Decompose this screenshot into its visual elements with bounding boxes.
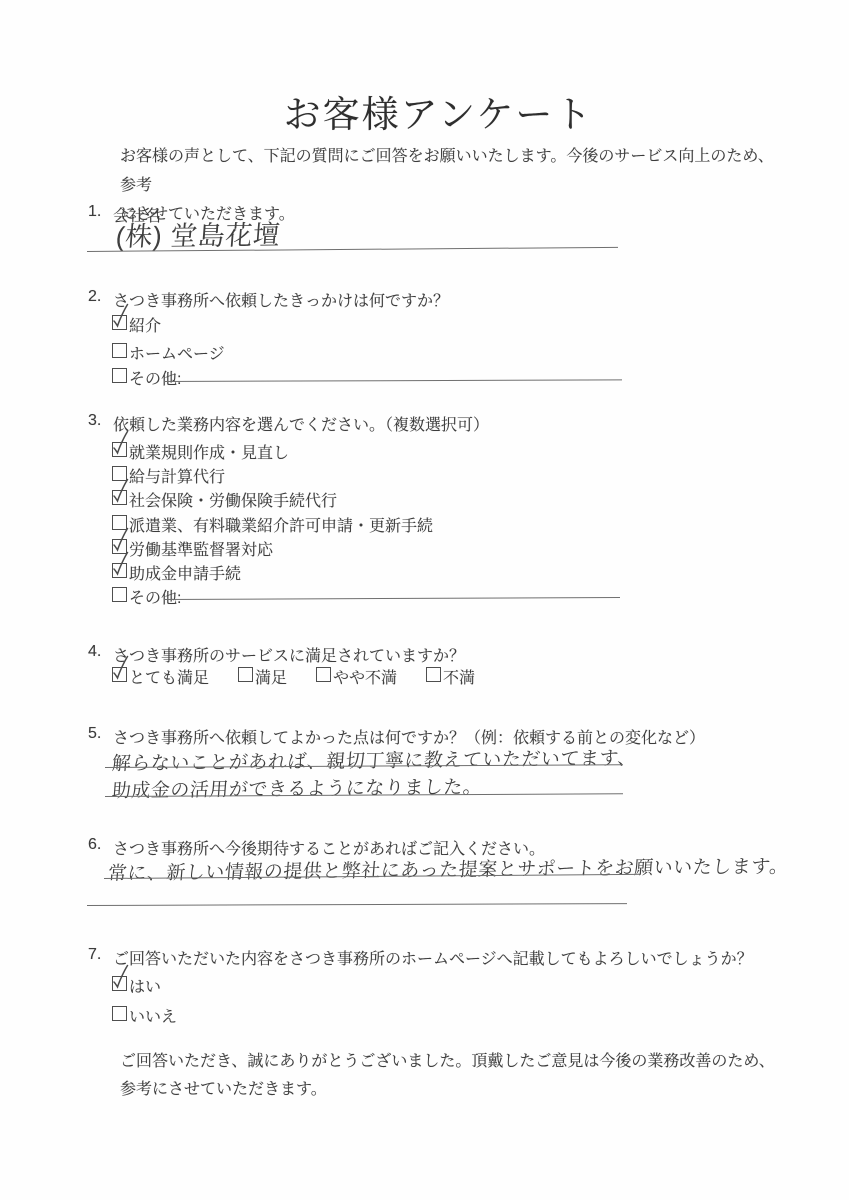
handwritten-check-icon [111, 965, 131, 993]
checkbox-very-satisfied [112, 667, 127, 682]
question-3-heading: 3. 依頼した業務内容を選んでください。（複数選択可） [88, 412, 489, 435]
checkbox-referral [112, 315, 127, 330]
intro-line-1: お客様の声として、下記の質問にご回答をお願いいたします。今後のサービス向上のため… [120, 148, 774, 194]
option-no-label: いいえ [129, 1004, 177, 1027]
option-homepage: ホームページ [112, 341, 225, 364]
q5-handwritten-answer-line-1: 解らないことがあれば、親切丁寧に教えていただいてます、 [111, 743, 638, 776]
option-very-satisfied: とても満足 [112, 665, 209, 688]
question-7-heading: 7. ご回答いただいた内容をさつき事務所のホームページへ記載してもよろしいでしょ… [88, 946, 753, 969]
answer-underline [87, 903, 627, 906]
option-other-q2: その他: [112, 366, 181, 389]
option-labor-standards-label: 労働基準監督署対応 [129, 537, 273, 560]
company-name-handwritten-answer: (株) 堂島花壇 [115, 213, 282, 254]
checkbox-other-q3 [112, 587, 127, 602]
question-7-label: ご回答いただいた内容をさつき事務所のホームページへ記載してもよろしいでしょうか？ [113, 946, 753, 969]
option-social-insurance: 社会保険・労働保険手続代行 [112, 488, 337, 511]
answer-underline [164, 379, 622, 382]
question-4-label: さつき事務所のサービスに満足されていますか？ [113, 643, 465, 666]
question-4-heading: 4. さつき事務所のサービスに満足されていますか？ [88, 643, 465, 666]
answer-underline [164, 597, 620, 600]
question-6-number: 6. [88, 836, 113, 859]
option-social-insurance-label: 社会保険・労働保険手続代行 [129, 488, 337, 511]
option-yes-label: はい [129, 974, 161, 997]
option-somewhat-dissatisfied-label: やや不満 [333, 665, 397, 688]
handwritten-check-icon [111, 552, 131, 580]
q5-handwritten-answer-line-2: 助成金の活用ができるようになりました。 [111, 772, 484, 803]
question-4-number: 4. [88, 643, 113, 666]
option-payroll-label: 給与計算代行 [129, 464, 225, 487]
checkbox-work-rules [112, 442, 127, 457]
closing-text: ご回答いただき、誠にありがとうございました。頂戴したご意見は今後の業務改善のため… [120, 1048, 780, 1104]
question-2-label: さつき事務所へ依頼したきっかけは何ですか？ [113, 288, 449, 311]
option-subsidy: 助成金申請手続 [112, 561, 241, 584]
closing-line-1: ご回答いただき、誠にありがとうございました。頂戴したご意見は今後の業務改善のため… [120, 1053, 775, 1070]
option-dissatisfied-label: 不満 [443, 665, 475, 688]
checkbox-satisfied [238, 667, 253, 682]
option-labor-standards: 労働基準監督署対応 [112, 537, 273, 560]
handwritten-check-icon [111, 304, 131, 332]
option-dissatisfied: 不満 [426, 665, 475, 688]
handwritten-check-icon [111, 656, 131, 684]
satisfaction-options-row: とても満足 満足 やや不満 不満 [112, 665, 475, 688]
option-other-q2-label: その他: [129, 366, 181, 389]
option-satisfied: 満足 [238, 665, 287, 688]
question-1-number: 1. [88, 203, 113, 226]
question-3-number: 3. [88, 412, 113, 435]
checkbox-other-q2 [112, 368, 127, 383]
checkbox-somewhat-dissatisfied [316, 667, 331, 682]
option-other-q3-label: その他: [129, 585, 181, 608]
checkbox-yes [112, 976, 127, 991]
closing-line-2: 参考にさせていただきます。 [120, 1081, 327, 1098]
option-referral-label: 紹介 [129, 313, 161, 336]
option-yes: はい [112, 974, 161, 997]
option-somewhat-dissatisfied: やや不満 [316, 665, 397, 688]
option-very-satisfied-label: とても満足 [129, 665, 209, 688]
checkbox-subsidy [112, 563, 127, 578]
option-work-rules-label: 就業規則作成・見直し [129, 440, 289, 463]
scanned-questionnaire-page: お客様アンケート お客様の声として、下記の質問にご回答をお願いいたします。今後の… [0, 0, 849, 1200]
checkbox-no [112, 1006, 127, 1021]
checkbox-homepage [112, 343, 127, 358]
option-referral: 紹介 [112, 313, 161, 336]
option-no: いいえ [112, 1004, 177, 1027]
page-title: お客様アンケート [14, 84, 849, 138]
option-dispatch-license: 派遣業、有料職業紹介許可申請・更新手続 [112, 513, 433, 536]
option-satisfied-label: 満足 [255, 665, 287, 688]
option-other-q3: その他: [112, 585, 181, 608]
option-homepage-label: ホームページ [129, 341, 225, 364]
question-5-number: 5. [88, 725, 113, 748]
option-work-rules: 就業規則作成・見直し [112, 440, 289, 463]
option-dispatch-license-label: 派遣業、有料職業紹介許可申請・更新手続 [129, 513, 433, 536]
handwritten-check-icon [111, 431, 131, 459]
q6-handwritten-answer-line-1: 常に、新しい情報の提供と弊社にあった提案とサポートをお願いいたします。 [107, 851, 790, 885]
option-subsidy-label: 助成金申請手続 [129, 561, 241, 584]
handwritten-check-icon [111, 479, 131, 507]
question-3-label: 依頼した業務内容を選んでください。（複数選択可） [113, 412, 489, 435]
question-7-number: 7. [88, 946, 113, 969]
question-2-number: 2. [88, 288, 113, 311]
checkbox-social-insurance [112, 490, 127, 505]
question-2-heading: 2. さつき事務所へ依頼したきっかけは何ですか？ [88, 288, 449, 311]
checkbox-dissatisfied [426, 667, 441, 682]
